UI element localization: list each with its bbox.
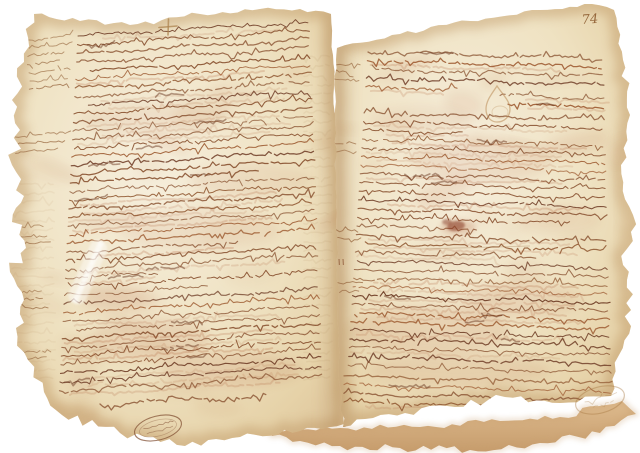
left-page [0,0,358,449]
folio-number: 74 [581,12,599,28]
manuscript-spread: 74 [0,0,640,453]
photo-background: 74 [0,0,640,453]
